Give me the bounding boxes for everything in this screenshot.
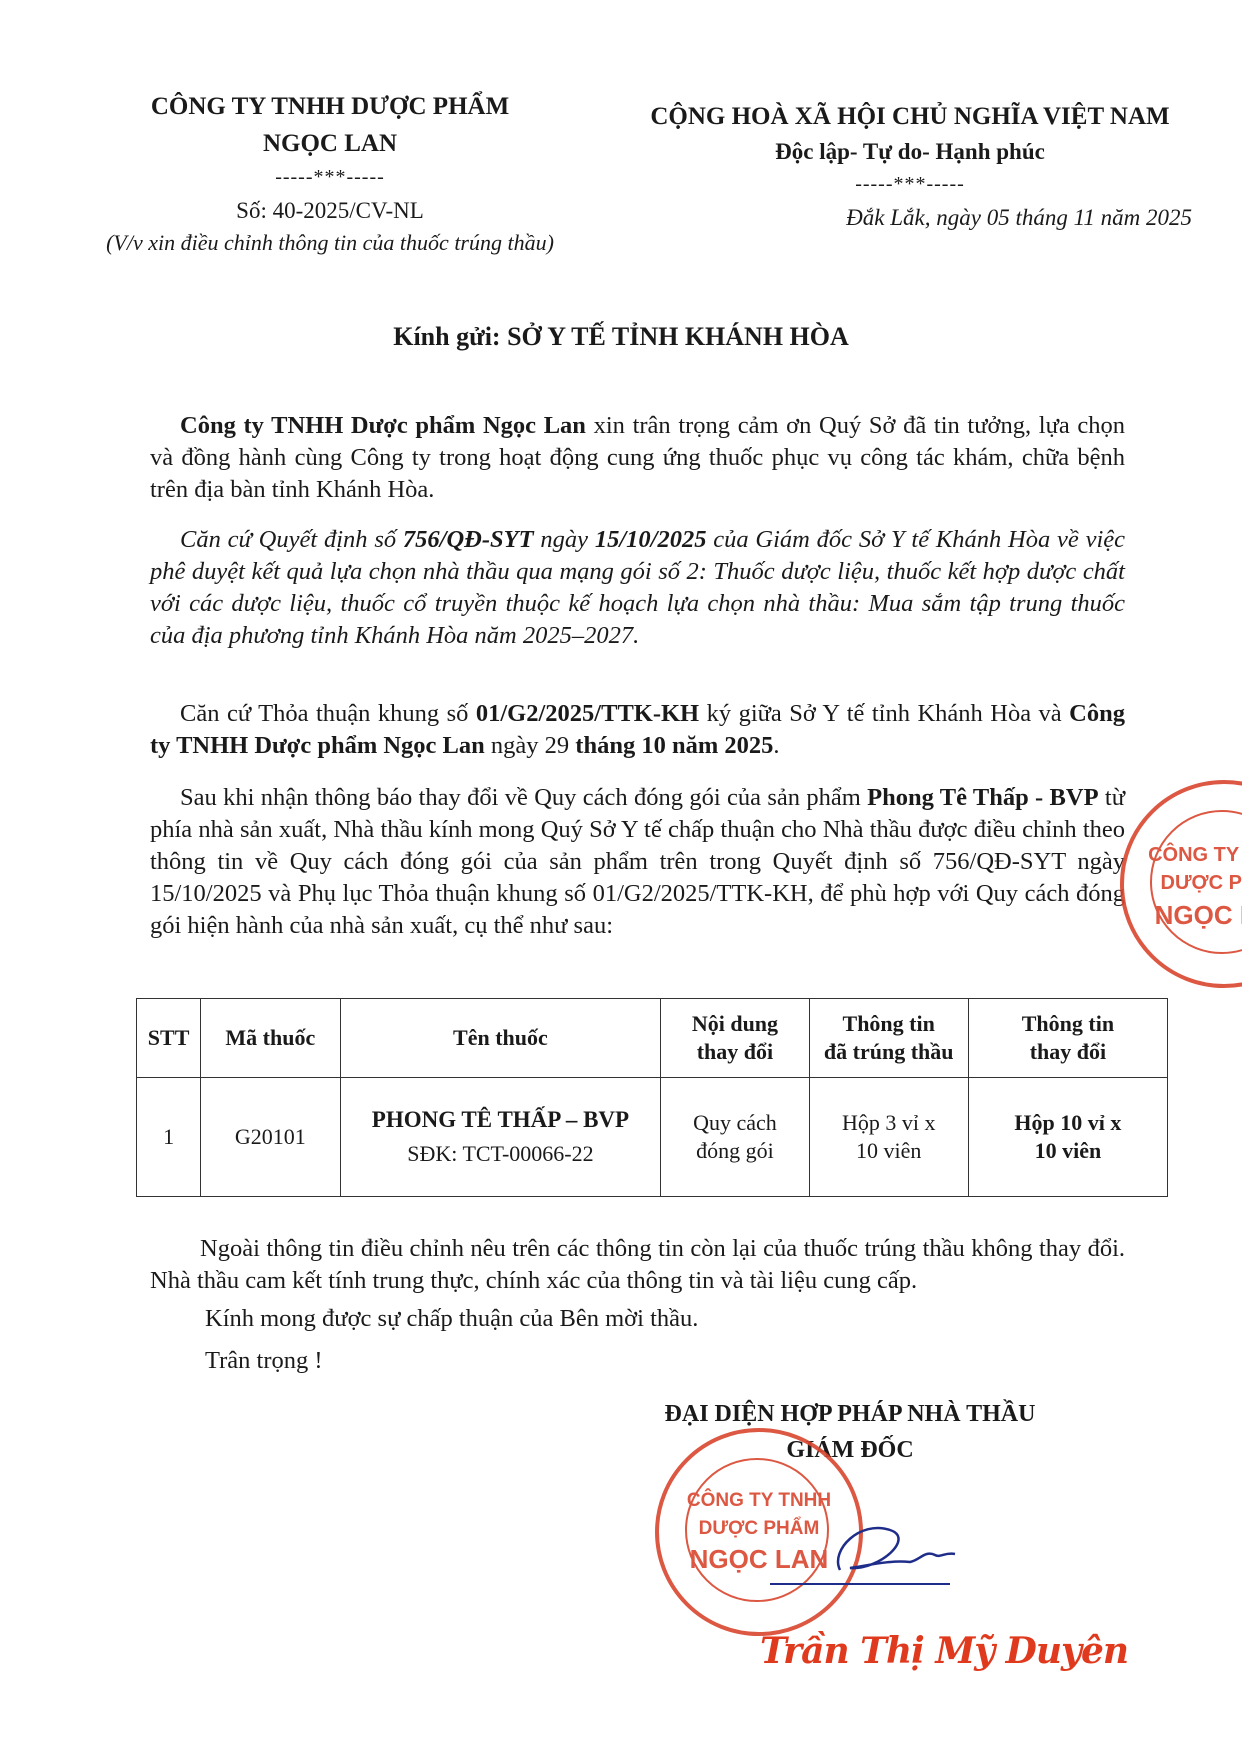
company-name-line1: CÔNG TY TNHH DƯỢC PHẨM <box>70 88 590 125</box>
col-header-old-info: Thông tinđã trúng thầu <box>809 999 968 1078</box>
col-header-change: Nội dungthay đổi <box>661 999 809 1078</box>
signature-underline <box>770 1583 950 1585</box>
paragraph-text: Sau khi nhận thông báo thay đổi về Quy c… <box>180 784 867 811</box>
cell-old-info: Hộp 3 vỉ x10 viên <box>809 1078 968 1197</box>
paragraph-thanks: Công ty TNHH Dược phẩm Ngọc Lan xin trân… <box>150 410 1125 506</box>
table-row: 1 G20101 PHONG TÊ THẤP – BVP SĐK: TCT-00… <box>137 1078 1168 1197</box>
company-name-bold: Công ty TNHH Dược phẩm Ngọc Lan <box>180 412 586 439</box>
cell-name: PHONG TÊ THẤP – BVP SĐK: TCT-00066-22 <box>340 1078 661 1197</box>
decision-number: 756/QĐ-SYT <box>403 526 534 553</box>
nation-title: CỘNG HOÀ XÃ HỘI CHỦ NGHĨA VIỆT NAM <box>610 98 1210 135</box>
recipient-label: Kính gửi: <box>393 322 507 351</box>
cell-change: Quy cáchđóng gói <box>661 1078 809 1197</box>
sender-header: CÔNG TY TNHH DƯỢC PHẨM NGỌC LAN -----***… <box>70 88 590 258</box>
paragraph-text: Căn cứ Quyết định số <box>180 526 403 553</box>
company-stamp-side: CÔNG TY TNHH DƯỢC PHẨM NGỌC LAN <box>1120 780 1242 988</box>
product-name: Phong Tê Thấp - BVP <box>867 784 1098 811</box>
paragraph-decision-basis: Căn cứ Quyết định số 756/QĐ-SYT ngày 15/… <box>150 524 1125 652</box>
closing-salutation: Trân trọng ! <box>205 1345 1105 1377</box>
recipient: Kính gửi: SỞ Y TẾ TỈNH KHÁNH HÒA <box>0 322 1242 352</box>
col-header-new-info: Thông tinthay đổi <box>968 999 1167 1078</box>
col-header-stt: STT <box>137 999 201 1078</box>
company-name-line2: NGỌC LAN <box>70 125 590 162</box>
agreement-date: tháng 10 năm 2025 <box>575 732 773 759</box>
national-header: CỘNG HOÀ XÃ HỘI CHỦ NGHĨA VIỆT NAM Độc l… <box>610 98 1210 235</box>
cell-code: G20101 <box>201 1078 340 1197</box>
place-date: Đắk Lắk, ngày 05 tháng 11 năm 2025 <box>610 201 1210 235</box>
recipient-name: SỞ Y TẾ TỈNH KHÁNH HÒA <box>507 322 849 351</box>
col-header-name: Tên thuốc <box>340 999 661 1078</box>
stamp-line1: CÔNG TY TNHH <box>659 1490 859 1512</box>
paragraph-text: Căn cứ Thỏa thuận khung số <box>180 700 476 727</box>
agreement-number: 01/G2/2025/TTK-KH <box>476 700 699 727</box>
col-header-code: Mã thuốc <box>201 999 340 1078</box>
national-motto: Độc lập- Tự do- Hạnh phúc <box>610 135 1210 169</box>
document-number: Số: 40-2025/CV-NL <box>70 194 590 228</box>
paragraph-text: ký giữa Sở Y tế tỉnh Khánh Hòa và <box>699 700 1069 727</box>
separator: -----***----- <box>610 169 1210 199</box>
paragraph-text: ngày <box>534 526 595 553</box>
paragraph-request-approval: Kính mong được sự chấp thuận của Bên mời… <box>205 1303 1105 1335</box>
paragraph-text: . <box>773 732 779 759</box>
paragraph-framework-agreement: Căn cứ Thỏa thuận khung số 01/G2/2025/TT… <box>150 698 1125 762</box>
separator: -----***----- <box>70 162 590 192</box>
decision-date: 15/10/2025 <box>595 526 707 553</box>
document-subject: (V/v xin điều chỉnh thông tin của thuốc … <box>70 228 590 258</box>
cell-new-info: Hộp 10 vỉ x10 viên <box>968 1078 1167 1197</box>
change-table: STT Mã thuốc Tên thuốc Nội dungthay đổi … <box>136 998 1168 1197</box>
registration-number: SĐK: TCT-00066-22 <box>345 1140 657 1168</box>
table-header-row: STT Mã thuốc Tên thuốc Nội dungthay đổi … <box>137 999 1168 1078</box>
signer-name: Trần Thị Mỹ Duyên <box>760 1630 1128 1672</box>
paragraph-request: Sau khi nhận thông báo thay đổi về Quy c… <box>150 782 1125 942</box>
paragraph-commitment: Ngoài thông tin điều chỉnh nêu trên các … <box>150 1233 1125 1297</box>
cell-stt: 1 <box>137 1078 201 1197</box>
drug-name: PHONG TÊ THẤP – BVP <box>345 1106 657 1134</box>
paragraph-text: ngày 29 <box>485 732 576 759</box>
signer-title: ĐẠI DIỆN HỢP PHÁP NHÀ THẦU <box>620 1396 1080 1432</box>
handwritten-signature-icon <box>820 1510 960 1590</box>
